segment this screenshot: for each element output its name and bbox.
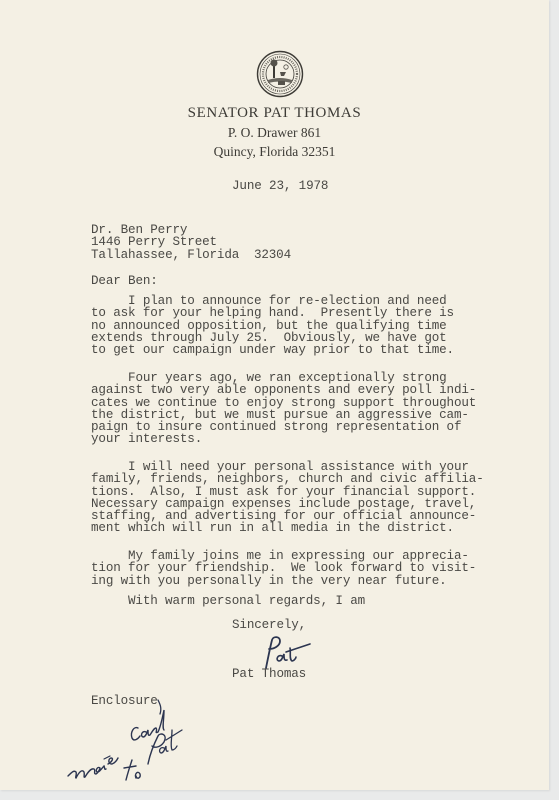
- body-paragraph-2: Four years ago, we ran exceptionally str…: [91, 372, 476, 446]
- recipient-address: Dr. Ben Perry 1446 Perry Street Tallahas…: [91, 224, 291, 261]
- handwritten-signature: [258, 634, 318, 670]
- signer-name: Pat Thomas: [232, 668, 306, 680]
- recipient-city: Tallahassee, Florida 32304: [91, 248, 291, 262]
- salutation: Dear Ben:: [91, 275, 158, 287]
- florida-state-seal-icon: [256, 50, 304, 98]
- letter-date: June 23, 1978: [232, 180, 328, 192]
- letterhead-address-line2: Quincy, Florida 32351: [0, 144, 549, 160]
- letter-page: SENATOR PAT THOMAS P. O. Drawer 861 Quin…: [0, 0, 549, 790]
- handwritten-note: [60, 690, 210, 790]
- closing-line: With warm personal regards, I am: [128, 595, 365, 607]
- letterhead-name: SENATOR PAT THOMAS: [0, 105, 549, 122]
- sign-off: Sincerely,: [232, 619, 306, 631]
- body-paragraph-1: I plan to announce for re-election and n…: [91, 295, 454, 356]
- body-paragraph-4: My family joins me in expressing our app…: [91, 550, 476, 587]
- letterhead-address-line1: P. O. Drawer 861: [0, 125, 549, 141]
- body-paragraph-3: I will need your personal assistance wit…: [91, 461, 484, 535]
